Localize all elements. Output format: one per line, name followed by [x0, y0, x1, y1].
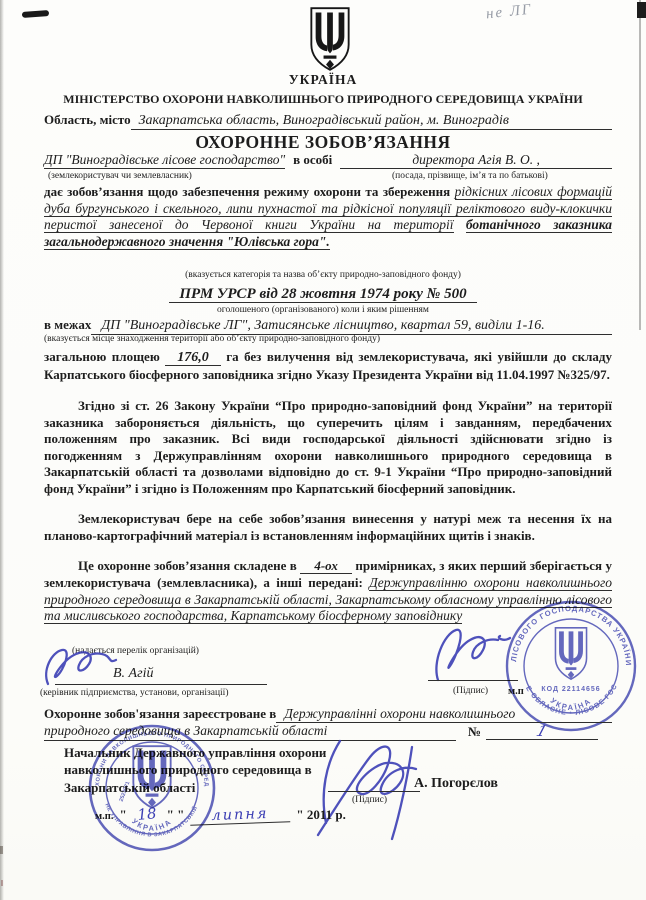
date-quotes-mid: " " [167, 807, 185, 823]
country-title: УКРАЇНА [0, 72, 646, 88]
scan-edge-right [639, 0, 641, 330]
region-line: Область, місто Закарпатська область, Вин… [44, 112, 612, 130]
landowner-name: В. Агій [113, 666, 153, 681]
person-caption: (посада, прізвище, ім’я та по батькові) [392, 171, 548, 181]
number-label: № [468, 724, 481, 740]
page-title: ОХОРОННЕ ЗОБОВ’ЯЗАННЯ [0, 132, 646, 153]
date-line: м.п. " 18 " " липня " 2011 р. [95, 805, 346, 824]
org-name: ДП "Виноградівське лісове господарство" [44, 152, 285, 169]
date-quote-open: " [119, 807, 126, 823]
pencil-note: не ЛГ [485, 2, 533, 24]
area-paragraph: загальною площею 176,0 га без вилучення … [44, 349, 612, 383]
official-signature-line [428, 664, 518, 681]
decree-caption: оголошеного (організованого) коли і яким… [0, 305, 646, 315]
within-label: в межах [44, 317, 91, 333]
registered-line-1: Охоронне зобов'язання зареєстроване в Де… [44, 706, 612, 723]
region-label: Область, місто [44, 112, 131, 128]
mp-label: м.п [508, 686, 524, 697]
number-line: 1 [486, 722, 598, 740]
obligation-paragraph: дає зобов’язання щодо забезпечення режим… [44, 184, 612, 250]
landowner-name-line: В. Агій [55, 664, 267, 685]
official-podpis-caption: (Підпис) [453, 686, 488, 696]
obligation-lead: дає зобов’язання щодо забезпечення режим… [44, 184, 450, 199]
paragraph-landuser: Землекористувач бере на себе зобов’язанн… [44, 511, 612, 544]
copies-count: 4-ох [300, 558, 352, 574]
chief-title: Начальник Державного управління охорони … [64, 744, 338, 796]
category-caption: (вказується категорія та назва об’єкту п… [0, 270, 646, 280]
scanned-document-page: не ЛГ УКРАЇНА МІНІСТЕРСТВО ОХОРОНИ НАВКО… [0, 0, 646, 900]
paragraph-copies: Це охоронне зобов’язання складене в 4-ох… [44, 558, 612, 625]
date-month-handwritten: липня [190, 805, 291, 825]
decree-line: ПРМ УРСР від 28 жовтня 1974 року № 500 [0, 285, 646, 303]
seal-code: КОД 22114656 [541, 686, 600, 693]
region-value: Закарпатська область, Виноградівський ра… [131, 113, 612, 130]
area-value: 176,0 [165, 350, 221, 366]
org-caption: (землекористувач чи землевласник) [48, 171, 192, 181]
party-line: ДП "Виноградівське лісове господарство" … [44, 152, 612, 169]
landowner-caption: (керівник підприємства, установи, органі… [40, 688, 229, 698]
within-caption: (вказується місце знаходження території … [44, 334, 380, 344]
person-name: директора Агія В. О. , [340, 152, 612, 169]
chief-signature-line [328, 777, 420, 792]
registered-value-1: Держуправлінні охорони навколишнього [276, 706, 612, 723]
date-mp-label: м.п. [95, 811, 113, 822]
scan-artifact-dash [22, 10, 49, 18]
tryzub-icon [303, 6, 357, 72]
within-value: ДП "Виноградівське ЛГ", Затисянське лісн… [91, 318, 612, 335]
chief-name: А. Погорєлов [414, 776, 498, 792]
ministry-title: МІНІСТЕРСТВО ОХОРОНИ НАВКОЛИШНЬОГО ПРИРО… [0, 92, 646, 107]
within-line: в межах ДП "Виноградівське ЛГ", Затисянс… [44, 317, 612, 335]
registered-lead: Охоронне зобов'язання зареєстроване в [44, 706, 276, 722]
paragraph-law: Згідно зі ст. 26 Закону України “Про при… [44, 398, 612, 497]
scan-artifact-corner [637, 2, 646, 18]
date-year: " 2011 р. [296, 807, 345, 823]
in-person-label: в особі [293, 152, 332, 168]
scan-artifact-speck [0, 846, 3, 854]
decree-text: ПРМ УРСР від 28 жовтня 1974 року № 500 [169, 286, 476, 303]
date-day-handwritten: 18 [132, 804, 161, 824]
seal-tryzub-icon [555, 628, 586, 679]
number-value-handwritten: 1 [534, 722, 549, 740]
area-label: загальною площею [44, 349, 160, 364]
scan-artifact-speck [1, 880, 3, 886]
copies-lead: Це охоронне зобов’язання складене в [78, 558, 297, 573]
coat-of-arms [303, 6, 357, 77]
chief-podpis-caption: (Підпис) [352, 795, 387, 805]
